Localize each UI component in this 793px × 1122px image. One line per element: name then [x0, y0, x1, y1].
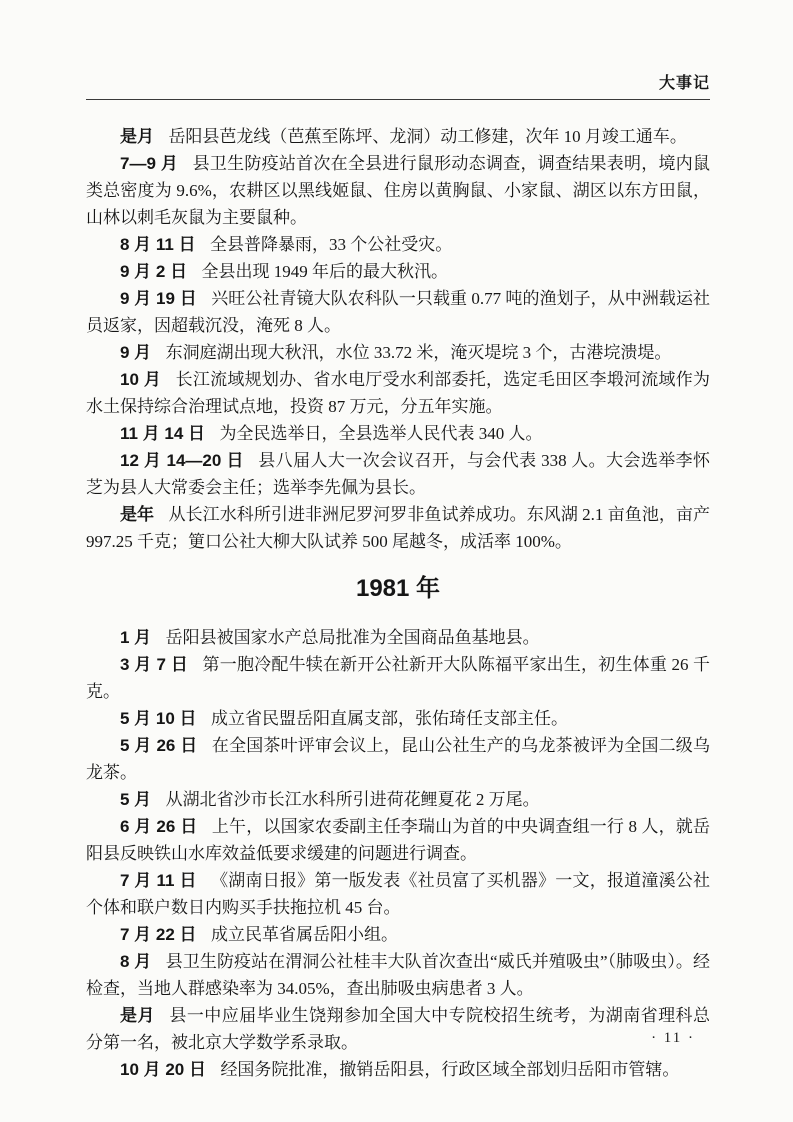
entry-date: 7—9 月 [120, 154, 178, 173]
entry-date: 是月 [120, 1006, 155, 1025]
chronicle-entry: 3 月 7 日第一胞冷配牛犊在新开公社新开大队陈福平家出生，初生体重 26 千克… [86, 651, 710, 705]
chronicle-entry: 6 月 26 日上午，以国家农委副主任李瑞山为首的中央调查组一行 8 人，就岳阳… [86, 813, 710, 867]
chronicle-entry: 9 月东洞庭湖出现大秋汛，水位 33.72 米，淹灭堤垸 3 个，古港垸溃堤。 [86, 339, 710, 366]
entry-date: 9 月 19 日 [120, 289, 197, 308]
entry-date: 7 月 22 日 [120, 925, 197, 944]
entry-date: 是月 [120, 127, 154, 146]
entry-text: 为全民选举日，全县选举人民代表 340 人。 [220, 424, 543, 443]
chronicle-body: 是月岳阳县芭龙线（芭蕉至陈坪、龙洞）动工修建，次年 10 月竣工通车。 7—9 … [86, 123, 710, 1083]
chronicle-entry: 10 月 20 日经国务院批准，撤销岳阳县，行政区域全部划归岳阳市管辖。 [86, 1056, 710, 1083]
entry-text: 成立省民盟岳阳直属支部，张佑琦任支部主任。 [211, 709, 568, 728]
entry-text: 从长江水科所引进非洲尼罗河罗非鱼试养成功。东风湖 2.1 亩鱼池，亩产 997.… [86, 505, 710, 551]
entry-text: 长江流域规划办、省水电厅受水利部委托，选定毛田区李塅河流域作为水土保持综合治理试… [86, 370, 710, 416]
chronicle-entry: 是年从长江水科所引进非洲尼罗河罗非鱼试养成功。东风湖 2.1 亩鱼池，亩产 99… [86, 501, 710, 555]
sections: 是月岳阳县芭龙线（芭蕉至陈坪、龙洞）动工修建，次年 10 月竣工通车。 7—9 … [86, 123, 710, 1083]
chronicle-entry: 9 月 19 日兴旺公社青镜大队农科队一只载重 0.77 吨的渔划子，从中洲载运… [86, 285, 710, 339]
entry-date: 5 月 [120, 790, 151, 809]
chronicle-entry: 5 月从湖北省沙市长江水科所引进荷花鲤夏花 2 万尾。 [86, 786, 710, 813]
entry-text: 成立民革省属岳阳小组。 [211, 925, 398, 944]
chronicle-entry: 10 月长江流域规划办、省水电厅受水利部委托，选定毛田区李塅河流域作为水土保持综… [86, 366, 710, 420]
entry-date: 9 月 2 日 [120, 262, 187, 281]
chronicle-entry: 9 月 2 日全县出现 1949 年后的最大秋汛。 [86, 258, 710, 285]
entry-date: 1 月 [120, 628, 151, 647]
section-heading: 1981 年 [86, 572, 710, 605]
entry-text: 岳阳县芭龙线（芭蕉至陈坪、龙洞）动工修建，次年 10 月竣工通车。 [168, 127, 687, 146]
entry-date: 8 月 [120, 952, 151, 971]
chronicle-section: 是月岳阳县芭龙线（芭蕉至陈坪、龙洞）动工修建，次年 10 月竣工通车。 7—9 … [86, 123, 710, 555]
entry-text: 县卫生防疫站首次在全县进行鼠形动态调查，调查结果表明，境内鼠类总密度为 9.6%… [86, 154, 710, 227]
page-number: · 11 · [651, 1030, 695, 1047]
chronicle-entry: 1 月岳阳县被国家水产总局批准为全国商品鱼基地县。 [86, 624, 710, 651]
entry-date: 6 月 26 日 [120, 817, 197, 836]
chronicle-entry: 5 月 26 日在全国茶叶评审会议上，昆山公社生产的乌龙茶被评为全国二级乌龙茶。 [86, 732, 710, 786]
entry-text: 县一中应届毕业生饶翔参加全国大中专院校招生统考，为湖南省理科总分第一名，被北京大… [86, 1006, 710, 1052]
running-head-title: 大事记 [86, 74, 710, 94]
entry-text: 从湖北省沙市长江水科所引进荷花鲤夏花 2 万尾。 [166, 790, 540, 809]
chronicle-entry: 8 月 11 日全县普降暴雨，33 个公社受灾。 [86, 231, 710, 258]
entry-text: 县卫生防疫站在渭洞公社桂丰大队首次查出“威氏并殖吸虫”（肺吸虫）。经检查，当地人… [86, 952, 710, 998]
entry-text: 全县出现 1949 年后的最大秋汛。 [202, 262, 449, 281]
entry-date: 5 月 26 日 [120, 736, 197, 755]
header-rule [86, 99, 710, 100]
chronicle-section: 1981 年 1 月岳阳县被国家水产总局批准为全国商品鱼基地县。 3 月 7 日… [86, 572, 710, 1083]
section-entries: 是月岳阳县芭龙线（芭蕉至陈坪、龙洞）动工修建，次年 10 月竣工通车。 7—9 … [86, 123, 710, 555]
section-entries: 1 月岳阳县被国家水产总局批准为全国商品鱼基地县。 3 月 7 日第一胞冷配牛犊… [86, 624, 710, 1083]
chronicle-entry: 7 月 11 日《湖南日报》第一版发表《社员富了买机器》一文，报道潼溪公社个体和… [86, 867, 710, 921]
entry-date: 8 月 11 日 [120, 235, 196, 254]
entry-date: 11 月 14 日 [120, 424, 205, 443]
entry-date: 9 月 [120, 343, 151, 362]
entry-date: 12 月 14—20 日 [120, 451, 244, 470]
chronicle-entry: 5 月 10 日成立省民盟岳阳直属支部，张佑琦任支部主任。 [86, 705, 710, 732]
chronicle-entry: 11 月 14 日为全民选举日，全县选举人民代表 340 人。 [86, 420, 710, 447]
entry-date: 5 月 10 日 [120, 709, 197, 728]
entry-date: 10 月 [120, 370, 161, 389]
entry-date: 3 月 7 日 [120, 655, 188, 674]
chronicle-entry: 是月岳阳县芭龙线（芭蕉至陈坪、龙洞）动工修建，次年 10 月竣工通车。 [86, 123, 710, 150]
chronicle-entry: 12 月 14—20 日县八届人大一次会议召开，与会代表 338 人。大会选举李… [86, 447, 710, 501]
book-page: 大事记 是月岳阳县芭龙线（芭蕉至陈坪、龙洞）动工修建，次年 10 月竣工通车。 … [0, 0, 793, 1122]
entry-text: 岳阳县被国家水产总局批准为全国商品鱼基地县。 [166, 628, 540, 647]
chronicle-entry: 7 月 22 日成立民革省属岳阳小组。 [86, 921, 710, 948]
chronicle-entry: 7—9 月县卫生防疫站首次在全县进行鼠形动态调查，调查结果表明，境内鼠类总密度为… [86, 150, 710, 231]
entry-text: 经国务院批准，撤销岳阳县，行政区域全部划归岳阳市管辖。 [220, 1060, 679, 1079]
chronicle-entry: 8 月县卫生防疫站在渭洞公社桂丰大队首次查出“威氏并殖吸虫”（肺吸虫）。经检查，… [86, 948, 710, 1002]
page-header: 大事记 [86, 0, 710, 100]
entry-date: 是年 [120, 505, 154, 524]
chronicle-entry: 是月县一中应届毕业生饶翔参加全国大中专院校招生统考，为湖南省理科总分第一名，被北… [86, 1002, 710, 1056]
entry-date: 10 月 20 日 [120, 1060, 206, 1079]
entry-text: 东洞庭湖出现大秋汛，水位 33.72 米，淹灭堤垸 3 个，古港垸溃堤。 [166, 343, 672, 362]
entry-date: 7 月 11 日 [120, 871, 197, 890]
entry-text: 全县普降暴雨，33 个公社受灾。 [210, 235, 452, 254]
